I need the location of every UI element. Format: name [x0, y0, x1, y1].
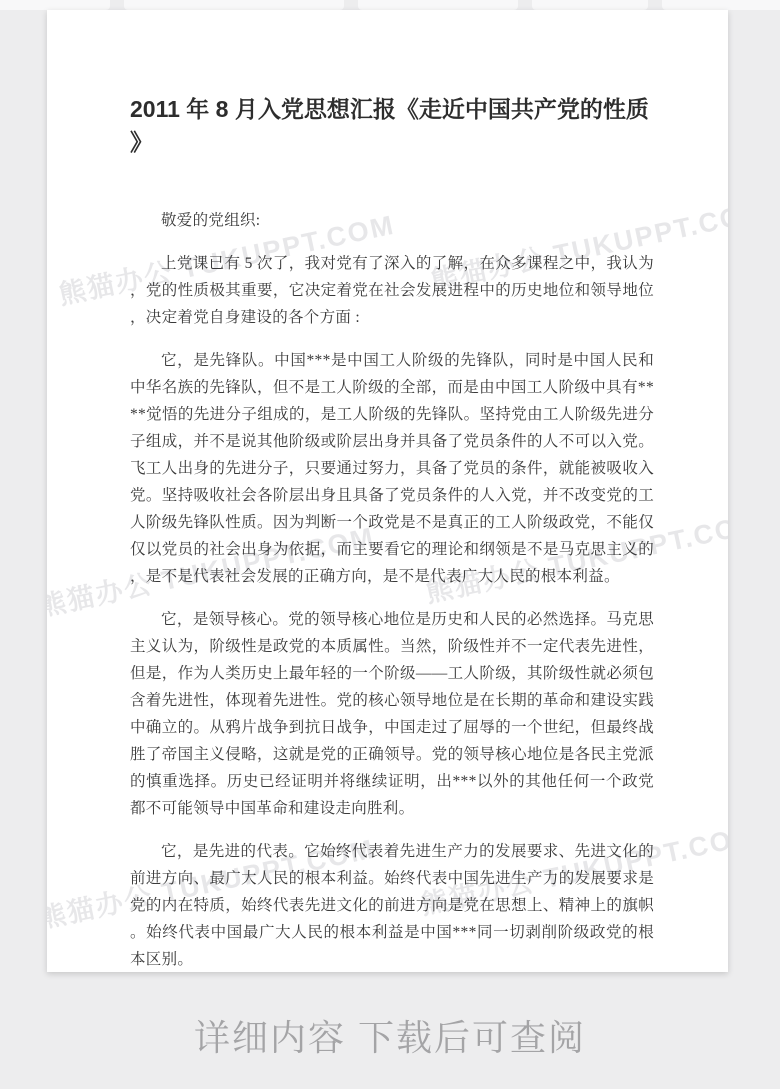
document-preview-screen: 熊猫办公 TUKUPPT.COM 熊猫办公 TUKUPPT.COM 熊猫办公 T… — [0, 0, 780, 1089]
preview-footer-note: 详细内容 下载后可查阅 — [0, 1014, 780, 1062]
paragraph-vanguard: 它，是先锋队。中国***是中国工人阶级的先锋队，同时是中国人民和中华名族的先锋队… — [130, 347, 654, 590]
card-bottom-edge — [0, 0, 110, 10]
salutation-line: 敬爱的党组织: — [130, 207, 654, 234]
document-body: 敬爱的党组织: 上党课已有 5 次了，我对党有了深入的了解，在众多课程之中，我认… — [130, 207, 654, 972]
document-page: 熊猫办公 TUKUPPT.COM 熊猫办公 TUKUPPT.COM 熊猫办公 T… — [47, 10, 728, 972]
paragraph-intro: 上党课已有 5 次了，我对党有了深入的了解，在众多课程之中，我认为，党的性质极其… — [130, 250, 654, 331]
card-bottom-edge — [358, 0, 518, 10]
top-card-edges — [0, 0, 780, 10]
document-title: 2011 年 8 月入党思想汇报《走近中国共产党的性质》 — [130, 93, 649, 159]
paragraph-leadership-core: 它，是领导核心。党的领导核心地位是历史和人民的必然选择。马克思主义认为，阶级性是… — [130, 606, 654, 822]
card-bottom-edge — [662, 0, 780, 10]
card-bottom-edge — [532, 0, 648, 10]
card-bottom-edge — [124, 0, 344, 10]
paragraph-advanced-representative: 它，是先进的代表。它始终代表着先进生产力的发展要求、先进文化的前进方向、最广大人… — [130, 838, 654, 972]
